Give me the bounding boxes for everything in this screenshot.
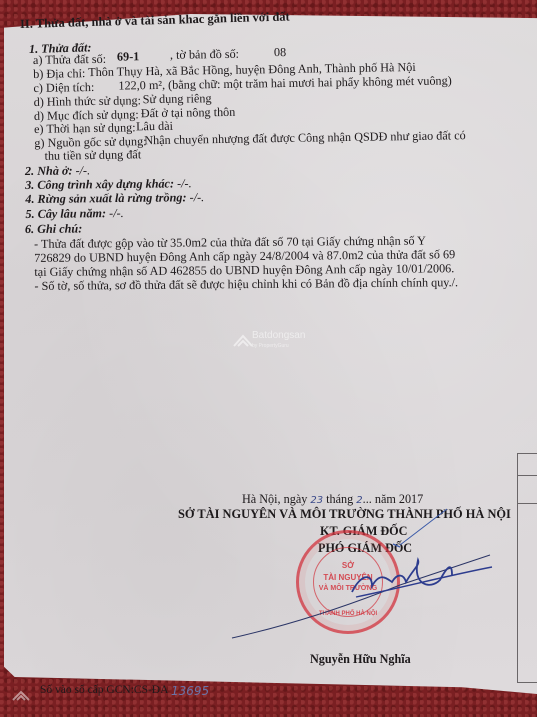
signer-name: Nguyễn Hữu Nghĩa [310,652,411,666]
registry-label: Số vào sổ cấp GCN:CS-ĐA [40,683,168,697]
registry-number: 13695 [171,684,209,698]
side-form-box [517,453,537,683]
signature-scribble [0,0,537,717]
